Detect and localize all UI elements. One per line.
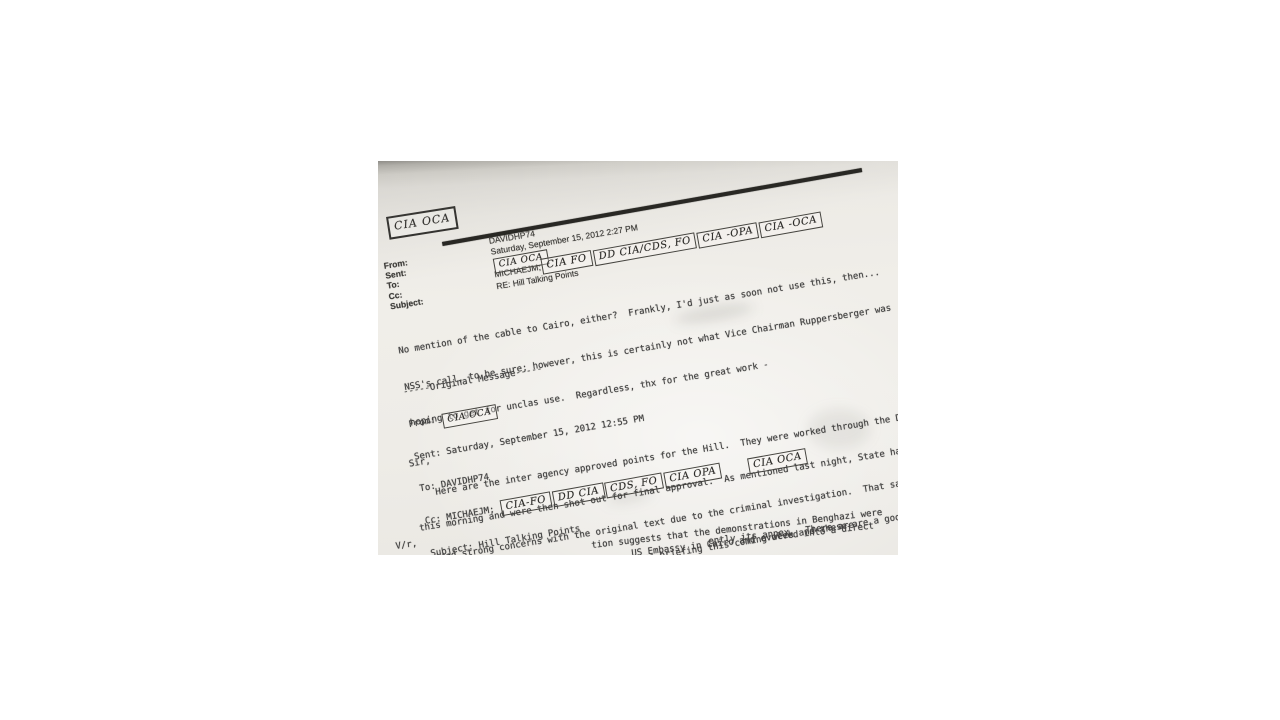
orig-from-label: From:	[408, 416, 436, 430]
email-header-labels: From: Sent: To: Cc: Subject:	[383, 256, 424, 312]
classification-tab: CIA OCA	[386, 206, 459, 240]
page-background: { "colors": { "paper": "#edebe6", "ink":…	[0, 0, 1280, 720]
document-photo: CIA OCA From: Sent: To: Cc: Subject: DAV…	[378, 161, 898, 555]
signoff: V/r,	[395, 539, 418, 552]
